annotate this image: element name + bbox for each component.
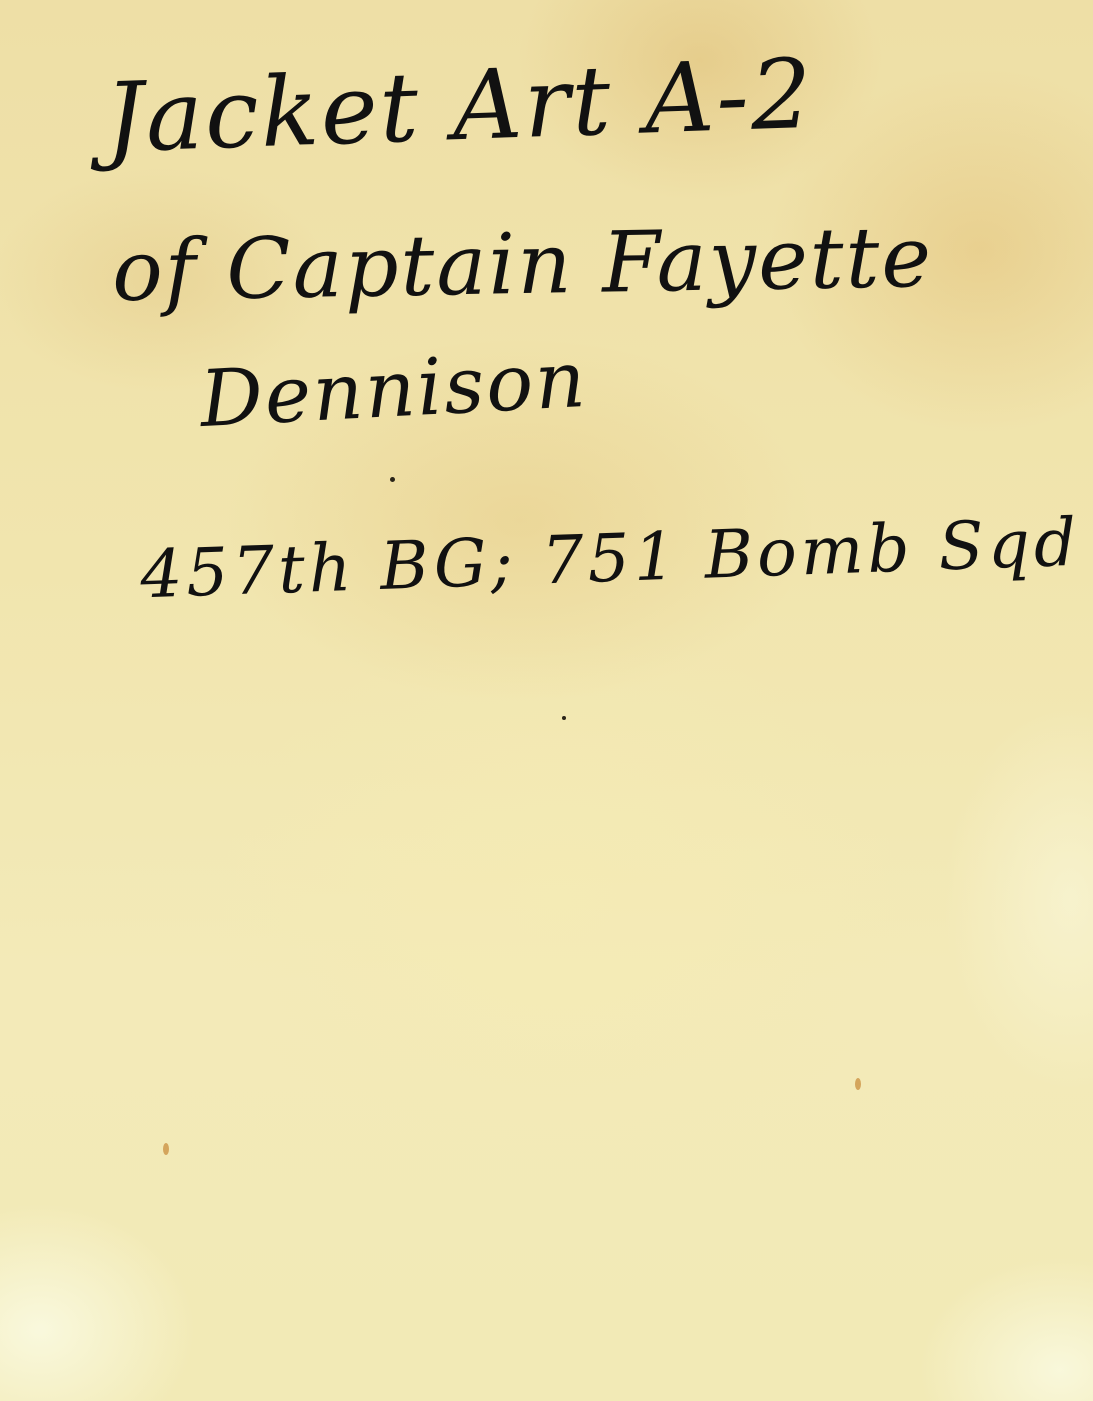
stain-spot (855, 1078, 861, 1090)
handwritten-name-line: of Captain Fayette (111, 208, 934, 320)
aged-paper-sheet: Jacket Art A-2 of Captain Fayette Dennis… (0, 0, 1093, 1401)
handwritten-title-line: Jacket Art A-2 (103, 38, 815, 175)
handwritten-unit-line: 457th BG; 751 Bomb Sqd (139, 504, 1081, 614)
stain-spot (163, 1143, 169, 1155)
ink-speck (390, 477, 395, 482)
handwritten-surname-line: Dennison (198, 335, 590, 445)
ink-speck (562, 716, 566, 720)
